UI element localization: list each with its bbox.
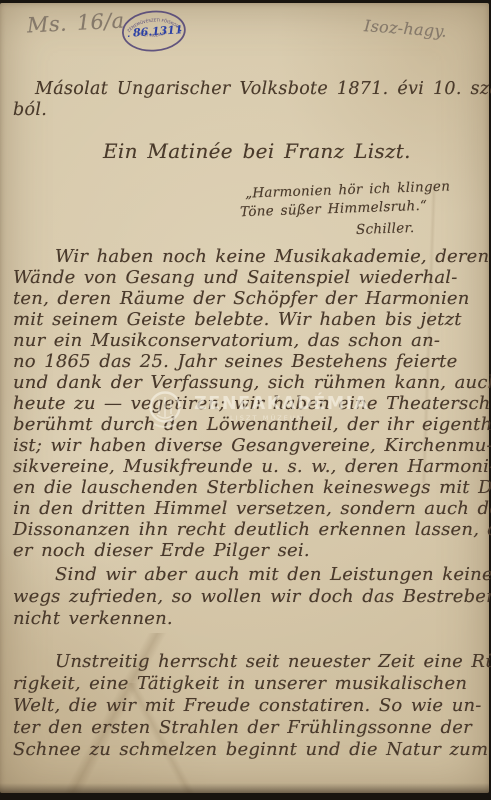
manuscript-line: Dissonanzen ihn recht deutlich erkennen … — [13, 519, 491, 540]
manuscript-page: Ms. 16/a ZENEMŰVÉSZETI FŐISKOLA LISZT MÚ… — [0, 3, 489, 793]
stamp-dot: . — [127, 30, 131, 40]
stamp-dot: . — [178, 24, 182, 34]
motto-line: Töne süßer Himmelsruh.“ — [240, 198, 428, 221]
manuscript-line: en die lauschenden Sterblichen keinesweg… — [13, 477, 491, 498]
manuscript-line: Unstreitig herrscht seit neuester Zeit e… — [13, 651, 491, 673]
manuscript-line: ter den ersten Strahlen der Frühlingsson… — [13, 717, 491, 739]
stamp-oval-icon: ZENEMŰVÉSZETI FŐISKOLA LISZT MÚZEUM . 86… — [117, 5, 192, 58]
manuscript-line: Wände von Gesang und Saitenspiel wiederh… — [13, 267, 491, 288]
manuscript-line: heute zu — vegetiren; wir haben eine The… — [13, 393, 491, 414]
manuscript-line: wegs zufrieden, so wollen wir doch das B… — [13, 586, 491, 608]
paragraph: Sind wir aber auch mit den Leistungen ke… — [13, 564, 491, 630]
paragraph: Wir haben noch keine Musikakademie, dere… — [13, 246, 491, 561]
library-stamp: ZENEMŰVÉSZETI FŐISKOLA LISZT MÚZEUM . 86… — [117, 5, 192, 62]
manuscript-line: sikvereine, Musikfreunde u. s. w., deren… — [13, 456, 491, 477]
manuscript-line: und dank der Verfassung, sich rühmen kan… — [13, 372, 491, 393]
manuscript-line: ist; wir haben diverse Gesangvereine, Ki… — [13, 435, 491, 456]
shelfmark-annotation: Ms. 16/a — [26, 8, 124, 37]
stamp-number: 86.1311 — [132, 23, 183, 39]
manuscript-line: in den dritten Himmel versetzen, sondern… — [13, 498, 491, 519]
paragraph: Unstreitig herrscht seit neuester Zeit e… — [13, 651, 491, 761]
manuscript-line: Schnee zu schmelzen beginnt und die Natu… — [13, 739, 491, 761]
manuscript-line: nur ein Musikconservatorium, das schon a… — [13, 330, 491, 351]
manuscript-line: mit seinem Geiste belebte. Wir haben bis… — [13, 309, 491, 330]
manuscript-line: no 1865 das 25. Jahr seines Bestehens fe… — [13, 351, 491, 372]
manuscript-line: Welt, die wir mit Freude constatiren. So… — [13, 695, 491, 717]
manuscript-line: berühmt durch den Löwenantheil, der ihr … — [13, 414, 491, 435]
page-edge-shadow — [0, 783, 489, 793]
manuscript-line: Sind wir aber auch mit den Leistungen ke… — [13, 564, 491, 586]
scanned-document: Ms. 16/a ZENEMŰVÉSZETI FŐISKOLA LISZT MÚ… — [0, 0, 491, 800]
manuscript-line: er noch dieser Erde Pilger sei. — [13, 540, 491, 561]
manuscript-line: Wir haben noch keine Musikakademie, dere… — [13, 246, 491, 267]
provenance-annotation: Isoz-hagy. — [363, 16, 447, 41]
manuscript-line: nicht verkennen. — [13, 608, 491, 630]
document-title: Ein Matinée bei Franz Liszt. — [103, 139, 411, 163]
heading-line: ból. — [13, 100, 47, 120]
motto-attribution: Schiller. — [356, 220, 415, 238]
manuscript-line: ten, deren Räume der Schöpfer der Harmon… — [13, 288, 491, 309]
manuscript-line: rigkeit, eine Tätigkeit in unserer musik… — [13, 673, 491, 695]
heading-line: Másolat Ungarischer Volksbote 1871. évi … — [35, 79, 491, 99]
